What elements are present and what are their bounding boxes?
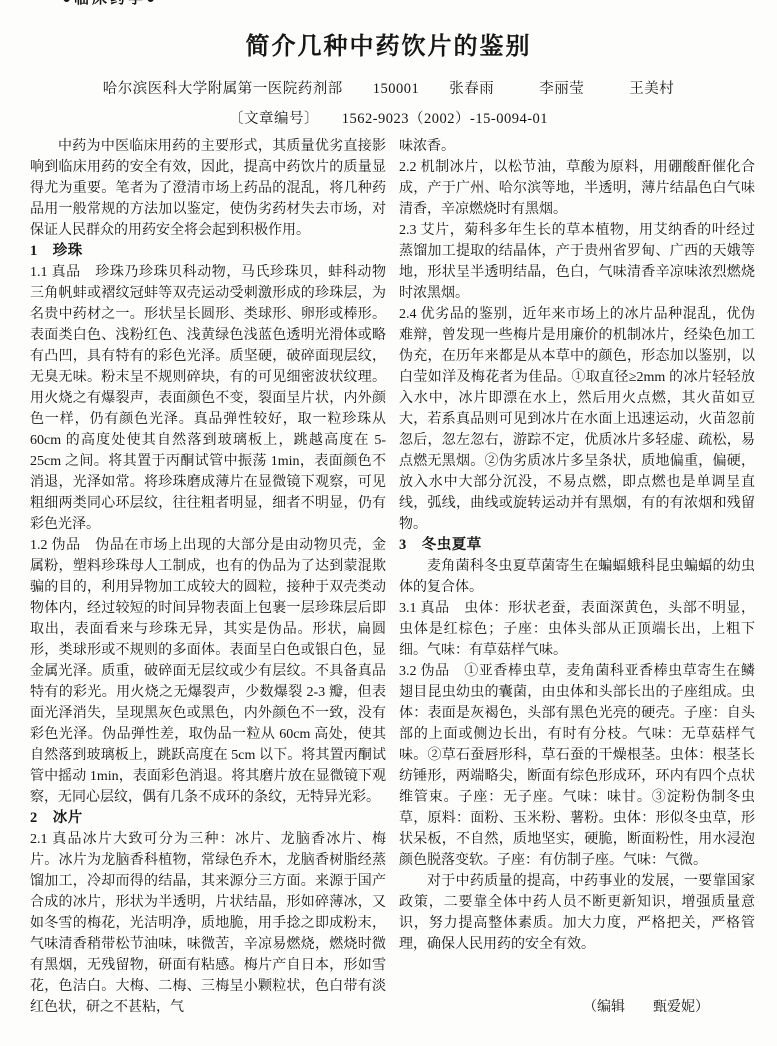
paragraph-1-1-genuine-pearl: 1.1 真品 珍珠乃珍珠贝科动物，马氏珍珠贝，蚌科动物三角帆蚌或褶纹冠蚌等双壳运…: [30, 262, 386, 535]
two-column-body: 中药为中医临床用药的主要形式，其质量优劣直接影响到临床用药的安全有效，因此，提高…: [0, 128, 777, 1018]
left-column: 中药为中医临床用药的主要形式，其质量优劣直接影响到临床用药的安全有效，因此，提高…: [30, 136, 386, 1018]
paragraph-1-2-fake-pearl: 1.2 伪品 伪品在市场上出现的大部分是由动物贝壳，金属粉，塑料珍珠母人工制成，…: [30, 535, 386, 808]
article-title: 简介几种中药饮片的鉴别: [0, 0, 777, 61]
article-number-line: 〔文章编号〕 1562-9023（2002）-15-0094-01: [0, 107, 777, 128]
paragraph-2-1-genuine-borneol: 2.1 真品冰片大致可分为三种：冰片、龙脑香冰片、梅片。冰片为龙脑香科植物，常绿…: [30, 829, 386, 1018]
section-3-heading: 3 冬虫夏草: [399, 535, 755, 556]
paragraph-3-1-genuine-cordyceps: 3.1 真品 虫体：形状老蚕，表面深黄色，头部不明显，虫体是红棕色；子座：虫体头…: [399, 598, 755, 661]
editor-credit: （编辑 甄爱妮）: [399, 997, 755, 1018]
document-page: ●临床药学● 简介几种中药饮片的鉴别 哈尔滨医科大学附属第一医院药剂部 1500…: [0, 0, 777, 1046]
paragraph-2-2-machine-made-borneol: 2.2 机制冰片，以松节油，草酸为原料，用硼酸酐催化合成，产于广州、哈尔滨等地，…: [399, 157, 755, 220]
paragraph-2-4-quality-identification: 2.4 优劣品的鉴别，近年来市场上的冰片品种混乱，优伪难辩，曾发现一些梅片是用廉…: [399, 304, 755, 535]
right-column: 味浓香。 2.2 机制冰片，以松节油，草酸为原料，用硼酸酐催化合成，产于广州、哈…: [399, 136, 755, 1018]
intro-paragraph: 中药为中医临床用药的主要形式，其质量优劣直接影响到临床用药的安全有效，因此，提高…: [30, 136, 386, 241]
paragraph-2-3-ai-pian: 2.3 艾片，菊科多年生长的草本植物，用艾纳香的叶经过蒸馏加工提取的结晶体，产于…: [399, 220, 755, 304]
paragraph-3-2-fake-cordyceps: 3.2 伪品 ①亚香棒虫草，麦角菌科亚香棒虫草寄生在鳞翅目昆虫幼虫的囊菌，由虫体…: [399, 661, 755, 871]
section-2-heading: 2 冰片: [30, 808, 386, 829]
author-affiliation-line: 哈尔滨医科大学附属第一医院药剂部 150001 张春雨 李丽莹 王美村: [0, 77, 777, 98]
section-1-heading: 1 珍珠: [30, 241, 386, 262]
journal-column-label: ●临床药学●: [62, 0, 158, 8]
paragraph-3-intro-cordyceps: 麦角菌科冬虫夏草菌寄生在蝙蝠蛾科昆虫蝙蝠的幼虫体的复合体。: [399, 556, 755, 598]
closing-paragraph: 对于中药质量的提高，中药事业的发展，一要靠国家政策，二要靠全体中药人员不断更新知…: [399, 871, 755, 955]
paragraph-2-1-continuation: 味浓香。: [399, 136, 755, 157]
